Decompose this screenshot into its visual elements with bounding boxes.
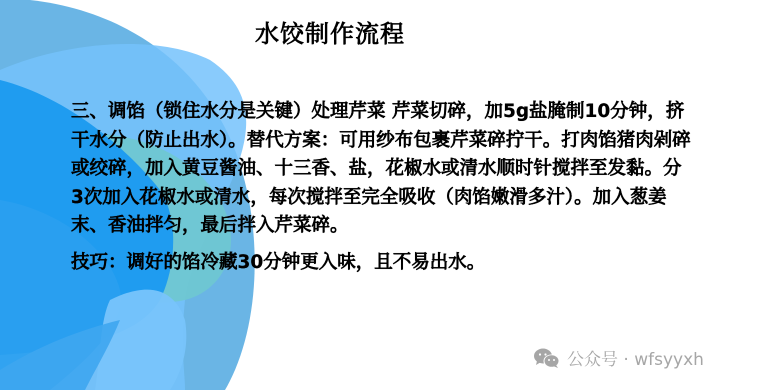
tip-paragraph: 技巧：调好的馅冷藏30分钟更入味，且不易出水。 — [71, 249, 691, 278]
watermark-text: 公众号 · wfsyyxh — [567, 345, 704, 370]
watermark: 公众号 · wfsyyxh — [533, 345, 704, 370]
wechat-icon — [533, 347, 561, 369]
step-three-paragraph: 三、调馅（锁住水分是关键）处理芹菜 芹菜切碎，加5g盐腌制10分钟，挤干水分（防… — [71, 98, 691, 241]
page-title: 水饺制作流程 — [0, 14, 660, 49]
content-body: 三、调馅（锁住水分是关键）处理芹菜 芹菜切碎，加5g盐腌制10分钟，挤干水分（防… — [71, 98, 691, 277]
